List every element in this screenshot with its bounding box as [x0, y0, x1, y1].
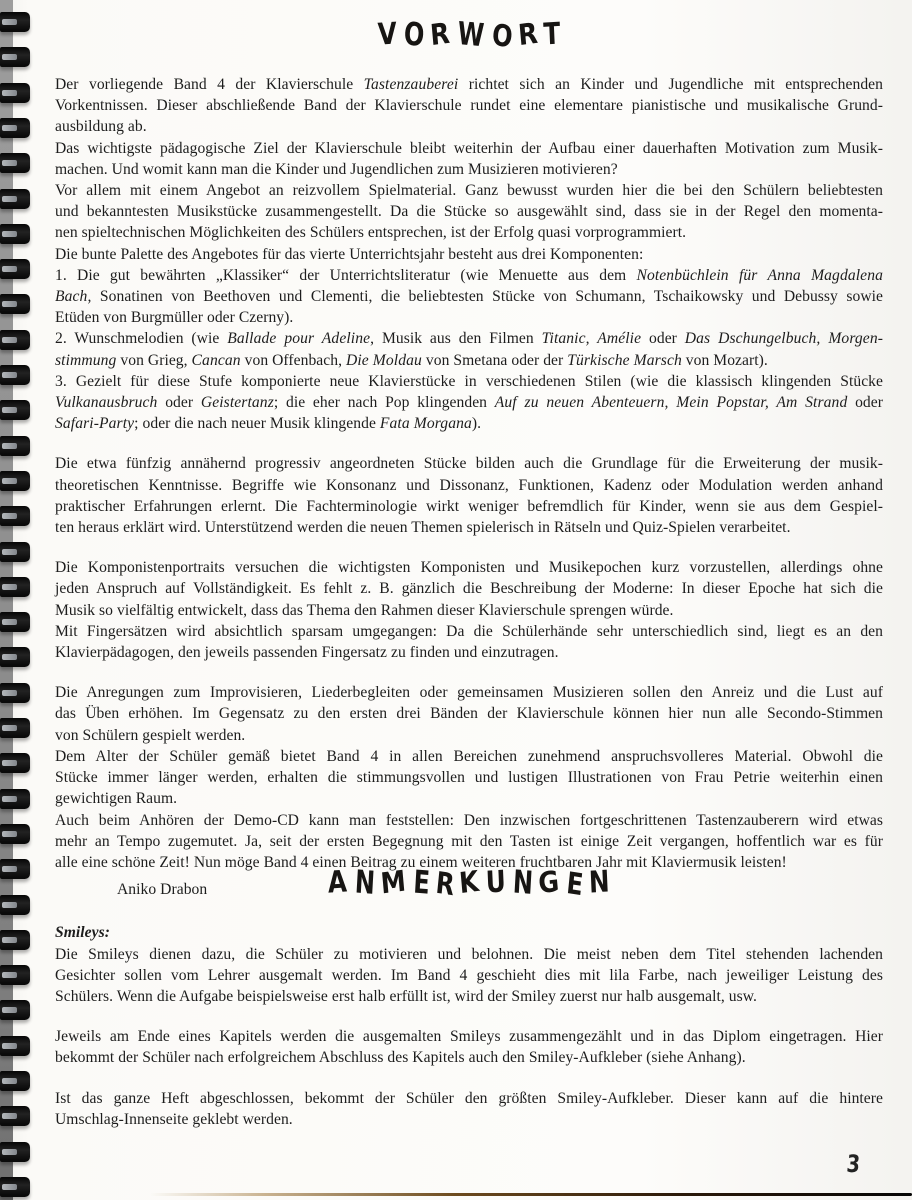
binding-coil	[0, 647, 30, 667]
text-line: Vulkanausbruch oder Geistertanz; die ehe…	[55, 392, 883, 413]
text-line: 3. Gezielt für diese Stufe komponierte n…	[55, 371, 883, 392]
text-line: machen. Und womit kann man die Kinder un…	[55, 159, 883, 180]
binding-coil	[0, 365, 30, 385]
title-letter: W	[457, 23, 485, 48]
binding-coil	[0, 789, 30, 809]
title-letter: A	[328, 872, 348, 894]
text-line: Die Smileys dienen dazu, die Schüler zu …	[55, 944, 883, 965]
paragraph: 3. Gezielt für diese Stufe komponierte n…	[55, 371, 883, 435]
text-line: 2. Wunschmelodien (wie Ballade pour Adel…	[55, 328, 883, 349]
text-line: Jeweils am Ende eines Kapitels werden di…	[55, 1026, 883, 1047]
paragraph: Mit Fingersätzen wird absichtlich sparsa…	[55, 621, 883, 663]
paragraph: Die etwa fünfzig annähernd progressiv an…	[55, 453, 883, 538]
binding-coil	[0, 824, 30, 844]
paragraph: Die Komponistenportraits versuchen die w…	[55, 557, 883, 621]
paragraph: Die Anregungen zum Improvisieren, Lieder…	[55, 682, 883, 746]
binding-coil	[0, 47, 30, 67]
paragraph: 2. Wunschmelodien (wie Ballade pour Adel…	[55, 328, 883, 370]
binding-coil	[0, 753, 30, 773]
binding-coil	[0, 224, 30, 244]
title-letter: M	[380, 872, 407, 895]
text-line: Der vorliegende Band 4 der Klavierschule…	[55, 74, 883, 95]
text-line: Die Anregungen zum Improvisieren, Lieder…	[55, 682, 883, 703]
book-page: VORWORTDer vorliegende Band 4 der Klavie…	[0, 0, 912, 1200]
text-line: ten heraus erklärt wird. Unterstützend w…	[55, 517, 883, 538]
title-letter: V	[377, 23, 397, 45]
text-line: bekommt der Schüler nach erfolgreichem A…	[55, 1047, 883, 1068]
text-line: Ist das ganze Heft abgeschlossen, bekomm…	[55, 1088, 883, 1109]
title-letter: E	[566, 873, 584, 897]
text-line: und bekanntesten Musikstücke zusammenges…	[55, 201, 883, 222]
binding-coil	[0, 294, 30, 314]
text-line: Die Komponistenportraits versuchen die w…	[55, 557, 883, 578]
text-line: Musik so vielfältig entwickelt, dass das…	[55, 600, 883, 621]
text-line: nen spieltechnischen Möglichkeiten des S…	[55, 222, 883, 243]
text-line: das Üben erhöhen. Im Gegensatz zu den er…	[55, 703, 883, 724]
binding-coil	[0, 965, 30, 985]
text-line: Die bunte Palette des Angebotes für das …	[55, 244, 883, 265]
title-letter: O	[403, 23, 425, 47]
text-line: Klavierpädagogen, den jeweils passenden …	[55, 642, 883, 663]
binding-coil	[0, 612, 30, 632]
paragraph: Das wichtigste pädagogische Ziel der Kla…	[55, 138, 883, 180]
page-number: 3	[846, 1150, 862, 1179]
binding-coil	[0, 683, 30, 703]
text-line: Vorkentnissen. Dieser abschließende Band…	[55, 95, 883, 116]
binding-coil	[0, 1036, 30, 1056]
binding-coil	[0, 83, 30, 103]
text-line: Dem Alter der Schüler gemäß bietet Band …	[55, 746, 883, 767]
text-line: stimmung von Grieg, Cancan von Offenbach…	[55, 350, 883, 371]
page-bottom-edge	[150, 1193, 912, 1196]
paragraph: Jeweils am Ende eines Kapitels werden di…	[55, 1026, 883, 1068]
text-line: jeden Anspruch auf Vollständigkeit. Es f…	[55, 578, 883, 599]
text-line: 1. Die gut bewährten „Klassiker“ der Unt…	[55, 265, 883, 286]
text-line: Mit Fingersätzen wird absichtlich sparsa…	[55, 621, 883, 642]
binding-coil	[0, 506, 30, 526]
binding-coil	[0, 577, 30, 597]
binding-coil	[0, 859, 30, 879]
binding-coil	[0, 259, 30, 279]
text-line: ausbildung ab.	[55, 116, 883, 137]
title-letter: T	[543, 23, 561, 45]
binding-coil	[0, 436, 30, 456]
title-letter: G	[538, 872, 560, 895]
binding-coil	[0, 118, 30, 138]
paragraph: Dem Alter der Schüler gemäß bietet Band …	[55, 746, 883, 810]
binding-coil	[0, 1071, 30, 1091]
binding-coil	[0, 1142, 30, 1162]
title-letter: N	[354, 871, 375, 895]
title-letter: N	[512, 871, 533, 895]
text-line: Gesichter sollen vom Lehrer ausgemalt we…	[55, 965, 883, 986]
text-line: Umschlag-Innenseite geklebt werden.	[55, 1109, 883, 1130]
text-line: Safari-Party; oder die nach neuer Musik …	[55, 413, 883, 434]
text-line: Bach, Sonatinen von Beethoven und Clemen…	[55, 286, 883, 307]
text-line: Das wichtigste pädagogische Ziel der Kla…	[55, 138, 883, 159]
binding-coil	[0, 718, 30, 738]
binding-coil	[0, 930, 30, 950]
paragraph: Die bunte Palette des Angebotes für das …	[55, 244, 883, 265]
paragraph: Vor allem mit einem Angebot an reizvolle…	[55, 180, 883, 244]
smileys-label: Smileys:	[55, 922, 883, 943]
title-letter: R	[435, 873, 455, 897]
title-letter: O	[491, 25, 513, 49]
text-line: theoretischen Kenntnisse. Begriffe wie K…	[55, 475, 883, 496]
binding-coil	[0, 471, 30, 491]
binding-coil	[0, 1000, 30, 1020]
text-line: gewichtigen Raum.	[55, 788, 883, 809]
binding-coil	[0, 1106, 30, 1126]
text-line: Schülers. Wenn die Aufgabe beispielsweis…	[55, 986, 883, 1007]
paragraph: Auch beim Anhören der Demo-CD kann man f…	[55, 810, 883, 874]
section-title: VORWORT	[55, 24, 883, 70]
text-line: Die etwa fünfzig annähernd progressiv an…	[55, 453, 883, 474]
text-line: mehr an Tempo zugemutet. Ja, seit der er…	[55, 831, 883, 852]
binding-coil	[0, 189, 30, 209]
binding-coil	[0, 895, 30, 915]
title-letter: R	[429, 24, 450, 47]
paragraph: 1. Die gut bewährten „Klassiker“ der Unt…	[55, 265, 883, 329]
binding-coil	[0, 330, 30, 350]
binding-coil	[0, 400, 30, 420]
paragraph: Ist das ganze Heft abgeschlossen, bekomm…	[55, 1088, 883, 1130]
text-line: Stücke immer länger werden, erhalten die…	[55, 767, 883, 788]
binding-coil	[0, 153, 30, 173]
title-letter: R	[517, 24, 538, 47]
text-line: Auch beim Anhören der Demo-CD kann man f…	[55, 810, 883, 831]
text-line: von Schülern gespielt werden.	[55, 725, 883, 746]
title-letter: U	[485, 872, 506, 894]
body-text: VORWORTDer vorliegende Band 4 der Klavie…	[55, 24, 883, 1130]
paragraph: Die Smileys dienen dazu, die Schüler zu …	[55, 944, 883, 1008]
text-line: Etüden von Burgmüller oder Czerny).	[55, 307, 883, 328]
paragraph: Der vorliegende Band 4 der Klavierschule…	[55, 74, 883, 138]
binding-coil	[0, 12, 30, 32]
binding-coil	[0, 542, 30, 562]
text-line: Vor allem mit einem Angebot an reizvolle…	[55, 180, 883, 201]
title-letter: N	[588, 872, 610, 894]
binding-coil	[0, 1177, 30, 1197]
text-line: praktischer Erfahrungen erlernt. Die Fac…	[55, 496, 883, 517]
title-letter: K	[459, 872, 480, 895]
title-letter: E	[413, 872, 431, 896]
